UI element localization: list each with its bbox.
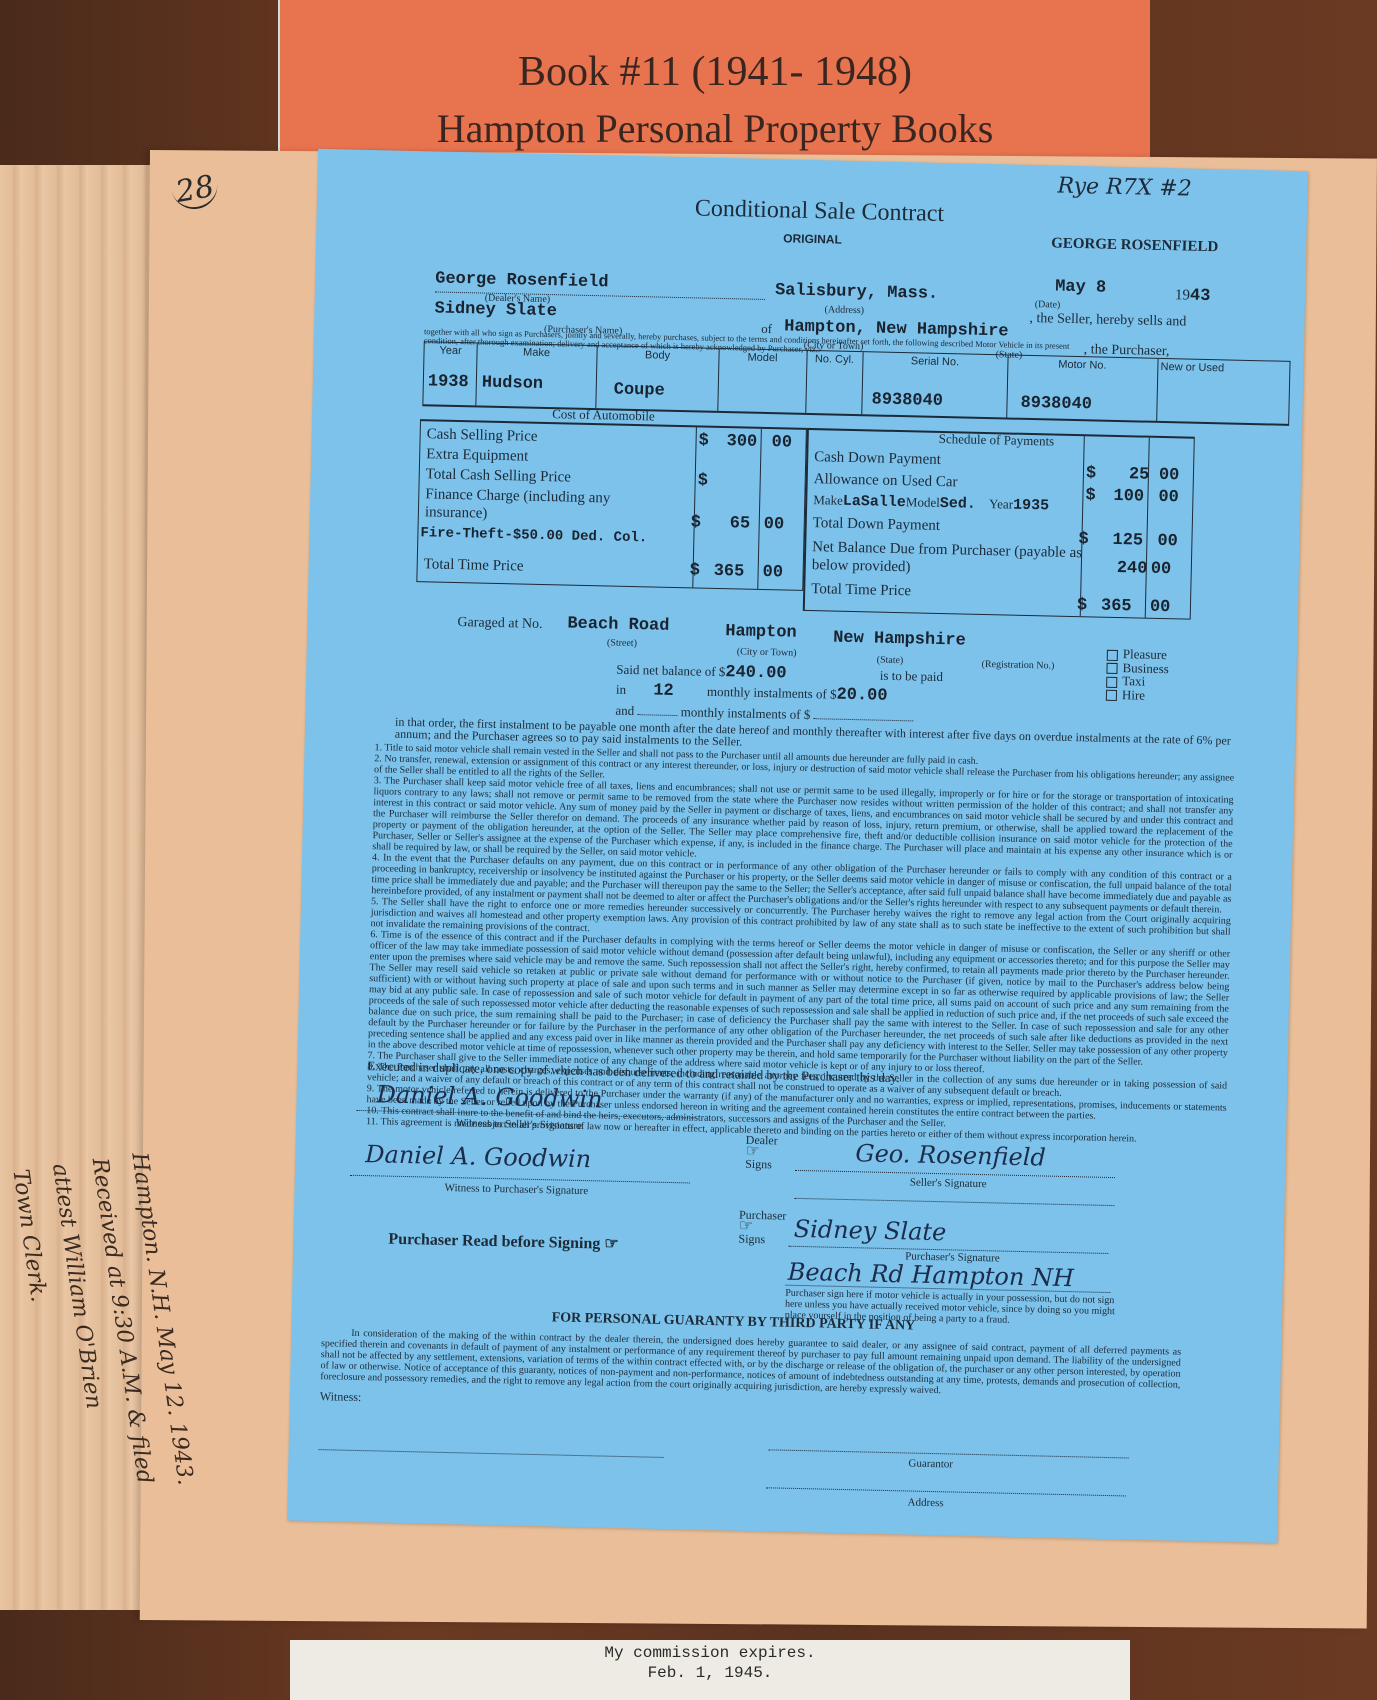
- dealer-header: GEORGE ROSENFIELD: [1051, 235, 1218, 256]
- schedule-row: Total Down Payment $ 125 00: [813, 514, 1192, 541]
- purchaser-signs-marker: Purchaser ☞ Signs: [738, 1209, 786, 1246]
- book-label-subtitle: Hampton Personal Property Books: [280, 105, 1150, 152]
- dealer-signs-marker: Dealer ☞ Signs: [745, 1134, 778, 1171]
- cost-row: Total Time Price $ 365 00: [424, 555, 803, 582]
- purchaser-name: Sidney Slate: [434, 299, 557, 321]
- seller-text: , the Seller, hereby sells and: [1029, 311, 1186, 331]
- book-label-title: Book #11 (1941- 1948): [280, 48, 1150, 96]
- trade-in-model: Sed.: [940, 495, 976, 513]
- sched-dollars: 125: [1112, 531, 1143, 551]
- pointing-hand-icon: ☞: [604, 1236, 619, 1253]
- vehicle-motor: 8938040: [1020, 394, 1092, 415]
- notary-line-2: Feb. 1, 1945.: [290, 1664, 1130, 1682]
- option-hire[interactable]: Hire: [1106, 687, 1169, 702]
- vehicle-col-motor: Motor No. 8938040: [1006, 355, 1158, 420]
- cost-dollars: 65: [730, 514, 751, 533]
- vehicle-col-model: Model: [717, 349, 807, 413]
- cost-cents: 00: [771, 433, 792, 452]
- purchaser-signature: Sidney Slate: [793, 1215, 946, 1246]
- vehicle-col-cyl: No. Cyl.: [805, 351, 863, 414]
- seller-signature: Geo. Rosenfield: [855, 1139, 1046, 1171]
- cost-cents: 00: [764, 515, 785, 534]
- pleasure-checkbox[interactable]: [1107, 649, 1118, 660]
- corner-note: Rye R7X #2: [1057, 174, 1192, 202]
- registration-caption: (Registration No.): [981, 659, 1054, 672]
- use-options: Pleasure Business Taxi Hire: [1106, 647, 1169, 702]
- guaranty-witness-label: Witness:: [320, 1389, 362, 1405]
- trade-in-make: LaSalle: [843, 493, 906, 511]
- year-prefix: 19: [1175, 287, 1190, 303]
- garaged-label: Garaged at No.: [457, 615, 542, 633]
- witness-purchaser-line: [350, 1175, 690, 1184]
- date-caption: (Date): [1035, 299, 1061, 311]
- contract-date: May 8: [1055, 278, 1106, 298]
- year-suffix: 43: [1190, 287, 1211, 306]
- cost-dollars: 300: [726, 432, 757, 452]
- guaranty-witness-line[interactable]: [319, 1449, 664, 1458]
- schedule-row: Net Balance Due from Purchaser (payable …: [812, 538, 1083, 580]
- schedule-box: Schedule of Payments Cash Down Payment $…: [803, 428, 1195, 620]
- guarantor-address-line[interactable]: [766, 1487, 1126, 1496]
- vehicle-make: Hudson: [482, 374, 544, 394]
- guarantor-address-caption: Address: [907, 1496, 943, 1509]
- street-caption: (Street): [607, 637, 637, 649]
- vehicle-year: 1938: [428, 372, 469, 392]
- schedule-heading: Schedule of Payments: [939, 431, 1055, 450]
- clause: 6. Time is of the essence of this contra…: [368, 929, 1231, 1069]
- taxi-checkbox[interactable]: [1106, 676, 1117, 687]
- garaged-city-caption: (City or Town): [737, 646, 797, 658]
- vehicle-serial: 8938040: [871, 390, 943, 411]
- instalment-amount: 20.00: [836, 686, 887, 706]
- witness-seller-signature: Daniel A. Goodwin: [376, 1080, 602, 1113]
- contract-subtitle: ORIGINAL: [783, 231, 842, 246]
- instalment-count: 12: [653, 682, 674, 701]
- garaged-street: Beach Road: [567, 615, 669, 636]
- witness-purchaser-signature: Daniel A. Goodwin: [365, 1140, 591, 1173]
- book-label-sheet: Book #11 (1941- 1948) Hampton Personal P…: [278, 0, 1150, 170]
- cost-dollars: 365: [713, 562, 744, 582]
- business-checkbox[interactable]: [1106, 663, 1117, 674]
- net-balance: 240.00: [725, 663, 787, 683]
- sched-dollars: 365: [1101, 597, 1132, 617]
- sched-cents: 00: [1151, 560, 1172, 579]
- vehicle-col-serial: Serial No. 8938040: [861, 352, 1008, 417]
- witness-seller-caption: Witness to Seller's Signature: [456, 1117, 582, 1132]
- garaged-city: Hampton: [725, 622, 797, 643]
- notary-line-1: My commission expires.: [290, 1644, 1130, 1662]
- guarantor-caption: Guarantor: [908, 1458, 953, 1471]
- vehicle-col-make: Make Hudson: [475, 343, 597, 408]
- vehicle-body: Coupe: [614, 381, 665, 401]
- notary-slip: My commission expires. Feb. 1, 1945.: [290, 1640, 1130, 1700]
- guarantor-line[interactable]: [769, 1449, 1129, 1458]
- trade-in-year: 1935: [1013, 497, 1049, 515]
- cost-cents: 00: [762, 563, 783, 582]
- dealer-address: Salisbury, Mass.: [775, 281, 939, 304]
- cost-box: Cash Selling Price $ 300 00 Extra Equipm…: [416, 419, 807, 591]
- seller-caption: Seller's Signature: [910, 1176, 987, 1190]
- cost-row: Finance Charge (including any insurance)…: [425, 485, 676, 527]
- blank-sig-line: [794, 1198, 1114, 1206]
- sched-cents: 00: [1150, 598, 1171, 617]
- vehicle-col-new-used: New or Used: [1156, 359, 1227, 423]
- read-before-signing: Purchaser Read before Signing ☞: [388, 1229, 619, 1254]
- hire-checkbox[interactable]: [1106, 690, 1117, 701]
- vehicle-col-body: Body Coupe: [595, 346, 719, 411]
- sched-dollars: 240: [1117, 559, 1148, 579]
- garaged-state: New Hampshire: [833, 629, 966, 651]
- contract-title: Conditional Sale Contract: [695, 195, 945, 228]
- address-caption: (Address): [824, 304, 864, 316]
- insurance-note: Fire-Theft-$50.00 Ded. Col.: [420, 525, 647, 546]
- sched-cents: 00: [1157, 532, 1178, 551]
- guaranty-text: In consideration of the making of the wi…: [320, 1327, 1181, 1401]
- conditional-sale-contract: Rye R7X #2 Conditional Sale Contract ORI…: [287, 149, 1308, 1543]
- dealer-name: George Rosenfield: [435, 269, 609, 292]
- vehicle-col-year: Year 1938: [423, 342, 477, 405]
- witness-purchaser-caption: Witness to Purchaser's Signature: [444, 1182, 588, 1197]
- schedule-row: Total Time Price $ 365 00: [811, 580, 1190, 607]
- garaged-state-caption: (State): [877, 655, 904, 667]
